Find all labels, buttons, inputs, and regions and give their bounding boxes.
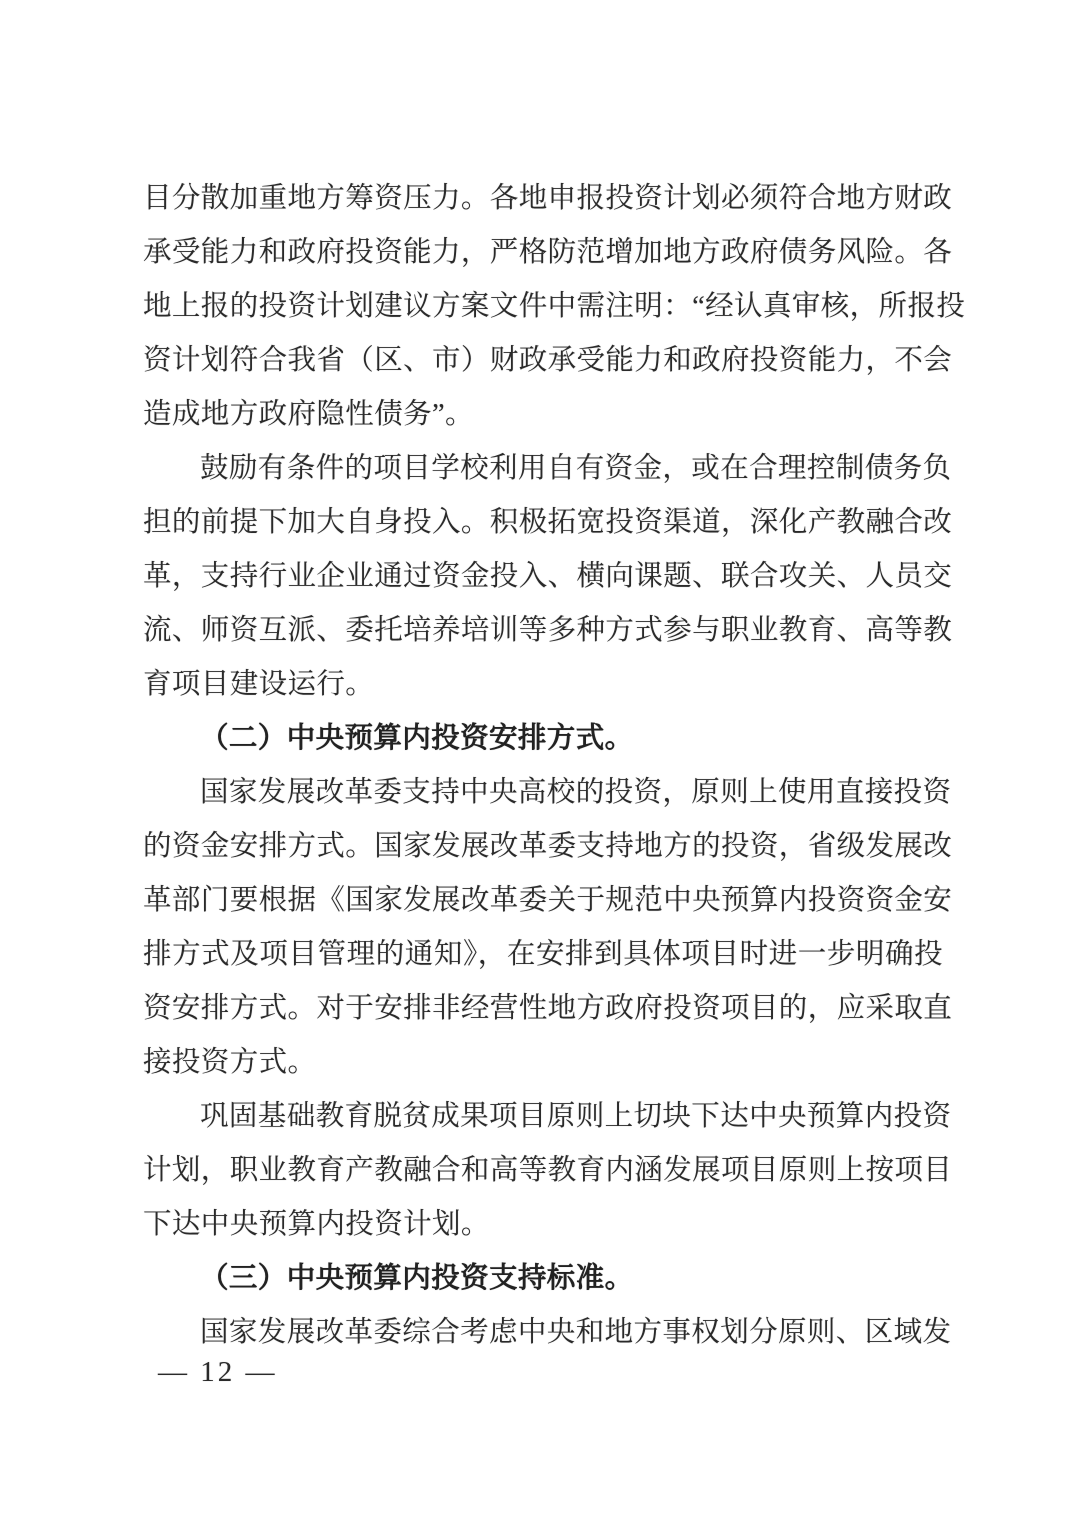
text-line: 造成地方政府隐性债务”。 bbox=[143, 388, 943, 442]
document-page: 目分散加重地方筹资压力。各地申报投资计划必须符合地方财政 承受能力和政府投资能力… bbox=[0, 0, 1080, 1527]
text-line: 革，支持行业企业通过资金投入、横向课题、联合攻关、人员交 bbox=[143, 550, 943, 604]
text-line: 资安排方式。对于安排非经营性地方政府投资项目的，应采取直 bbox=[143, 982, 943, 1036]
text-line: 排方式及项目管理的通知》，在安排到具体项目时进一步明确投 bbox=[143, 928, 943, 982]
text-line: 地上报的投资计划建议方案文件中需注明：“经认真审核，所报投 bbox=[143, 280, 943, 334]
text-line: 资计划符合我省（区、市）财政承受能力和政府投资能力，不会 bbox=[143, 334, 943, 388]
text-line: 的资金安排方式。国家发展改革委支持地方的投资，省级发展改 bbox=[143, 820, 943, 874]
text-line: 流、师资互派、委托培养培训等多种方式参与职业教育、高等教 bbox=[143, 604, 943, 658]
section-heading: （三）中央预算内投资支持标准。 bbox=[143, 1252, 943, 1306]
text-line: 育项目建设运行。 bbox=[143, 658, 943, 712]
text-line: 国家发展改革委支持中央高校的投资，原则上使用直接投资 bbox=[143, 766, 943, 820]
text-line: 承受能力和政府投资能力，严格防范增加地方政府债务风险。各 bbox=[143, 226, 943, 280]
text-line: 革部门要根据《国家发展改革委关于规范中央预算内投资资金安 bbox=[143, 874, 943, 928]
text-line: 接投资方式。 bbox=[143, 1036, 943, 1090]
text-line: 巩固基础教育脱贫成果项目原则上切块下达中央预算内投资 bbox=[143, 1090, 943, 1144]
text-line: 担的前提下加大自身投入。积极拓宽投资渠道，深化产教融合改 bbox=[143, 496, 943, 550]
section-heading: （二）中央预算内投资安排方式。 bbox=[143, 712, 943, 766]
text-line: 下达中央预算内投资计划。 bbox=[143, 1198, 943, 1252]
page-number: — 12 — bbox=[158, 1352, 278, 1392]
text-line: 计划，职业教育产教融合和高等教育内涵发展项目原则上按项目 bbox=[143, 1144, 943, 1198]
text-line: 目分散加重地方筹资压力。各地申报投资计划必须符合地方财政 bbox=[143, 172, 943, 226]
text-line: 鼓励有条件的项目学校利用自有资金，或在合理控制债务负 bbox=[143, 442, 943, 496]
document-text-block: 目分散加重地方筹资压力。各地申报投资计划必须符合地方财政 承受能力和政府投资能力… bbox=[143, 172, 943, 1360]
